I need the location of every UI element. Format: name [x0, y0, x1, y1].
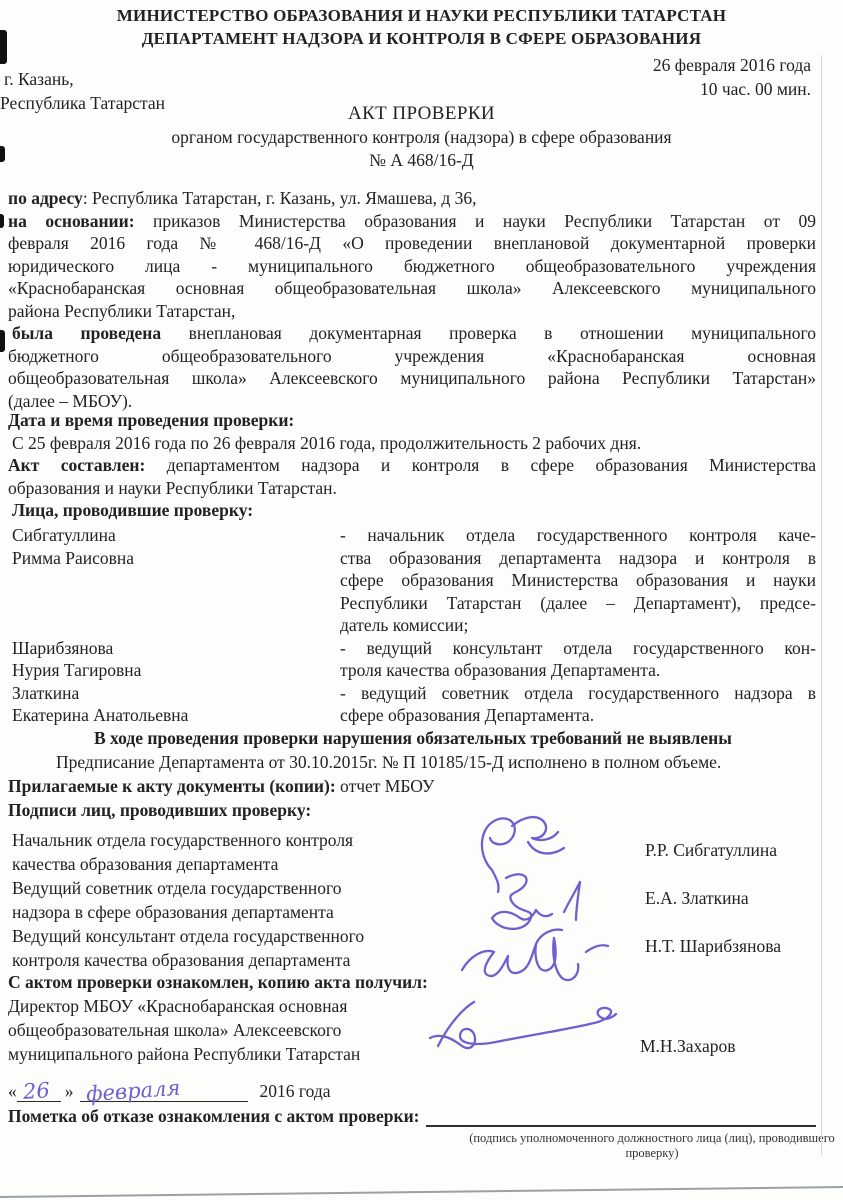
- scan-edge-mark: [0, 330, 5, 352]
- position-line: Ведущий советник отдела государственного: [12, 876, 341, 900]
- basis-line: февраля 2016 года № 468/16-Д «О проведен…: [8, 232, 816, 255]
- inspector-name: Шарибзянова Нурия Тагировна: [8, 637, 340, 682]
- role-line: троля качества образования Департамента.: [340, 659, 816, 682]
- signatures-heading: Подписи лиц, проводивших проверку:: [8, 798, 816, 822]
- scanned-inspection-act-document: МИНИСТЕРСТВО ОБРАЗОВАНИЯ И НАУКИ РЕСПУБЛ…: [0, 0, 843, 1200]
- inspector-role: - начальник отдела государственного конт…: [340, 524, 816, 637]
- conducted-line: была проведена внеплановая документарная…: [8, 322, 816, 345]
- position-label: Начальник отдела государственного контро…: [12, 828, 353, 876]
- address-label: по адресу: [8, 188, 83, 208]
- findings-section: В ходе проведения проверки нарушения обя…: [8, 726, 816, 822]
- attachments-label: Прилагаемые к акту документы (копии):: [8, 776, 336, 796]
- role-line: сфере образования Министерства образован…: [340, 569, 816, 592]
- findings-statement: В ходе проведения проверки нарушения обя…: [8, 726, 816, 750]
- act-time: 10 час. 00 мин.: [700, 79, 811, 100]
- act-drafted-line: Акт составлен: департаментом надзора и к…: [8, 454, 816, 477]
- org-name-line1: МИНИСТЕРСТВО ОБРАЗОВАНИЯ И НАУКИ РЕСПУБЛ…: [0, 6, 843, 26]
- role-line: Республики Татарстан (далее – Департамен…: [340, 592, 816, 615]
- role-line: датель комиссии;: [340, 614, 816, 637]
- conducted-text: внеплановая документарная проверка в отн…: [161, 323, 816, 343]
- basis-line: на основании: приказов Министерства обра…: [8, 210, 816, 233]
- refusal-blank-line: [426, 1107, 816, 1127]
- inspection-dates-heading: Дата и время проведения проверки:: [8, 409, 816, 432]
- attachments-line: Прилагаемые к акту документы (копии): от…: [8, 774, 816, 798]
- role-line: - ведущий советник отдела государственно…: [340, 682, 816, 705]
- signatures-section: Начальник отдела государственного контро…: [8, 828, 816, 972]
- month-blank: февраля: [80, 1078, 248, 1102]
- handwritten-month: февраля: [85, 1076, 181, 1107]
- act-subtitle: органом государственного контроля (надзо…: [0, 127, 843, 148]
- position-line: контроля качества образования департамен…: [12, 948, 364, 972]
- position-line: Начальник отдела государственного контро…: [12, 828, 353, 852]
- org-name-line2: ДЕПАРТАМЕНТ НАДЗОРА И КОНТРОЛЯ В СФЕРЕ О…: [0, 29, 843, 49]
- act-title: АКТ ПРОВЕРКИ: [0, 103, 843, 125]
- act-drafted-line: образования и науки Республики Татарстан…: [8, 477, 816, 500]
- role-line: ства образования департамента надзора и …: [340, 547, 816, 570]
- conducted-line: общеобразовательная школа» Алексеевского…: [8, 367, 816, 390]
- inspector-role: - ведущий консультант отдела государстве…: [340, 637, 816, 682]
- page-bottom-edge: [0, 1180, 843, 1200]
- director-name: М.Н.Захаров: [640, 1034, 736, 1058]
- inspector-given-name: Екатерина Анатольевна: [12, 704, 340, 727]
- city-line1: г. Казань,: [4, 69, 74, 90]
- inspectors-table: Сибгатуллина Римма Раисовна - начальник …: [8, 524, 816, 727]
- refusal-label: Пометка об отказе ознакомления с актом п…: [8, 1106, 420, 1127]
- signer-name: Р.Р. Сибгатуллина: [645, 840, 777, 861]
- signer-name: Е.А. Златкина: [645, 888, 749, 909]
- conducted-label: была проведена: [12, 323, 161, 343]
- inspector-role: - ведущий советник отдела государственно…: [340, 682, 816, 727]
- refusal-line: Пометка об отказе ознакомления с актом п…: [8, 1106, 816, 1127]
- position-label: Ведущий советник отдела государственного…: [12, 876, 341, 924]
- scan-edge-mark: [0, 30, 7, 64]
- inspector-given-name: Нурия Тагировна: [12, 659, 340, 682]
- main-paragraphs: по адресу: Республика Татарстан, г. Каза…: [8, 187, 816, 412]
- act-drafted-label: Акт составлен:: [8, 455, 145, 475]
- act-date: 26 февраля 2016 года: [653, 55, 811, 76]
- address-line: по адресу: Республика Татарстан, г. Каза…: [8, 187, 816, 210]
- attachments-text: отчет МБОУ: [336, 776, 435, 796]
- signature-row: Ведущий советник отдела государственного…: [8, 876, 816, 924]
- signature-caption: (подпись уполномоченного должностного ли…: [466, 1131, 838, 1161]
- dates-section: Дата и время проведения проверки: С 25 ф…: [8, 409, 816, 499]
- act-number: № А 468/16-Д: [0, 150, 843, 171]
- act-drafted-text: департаментом надзора и контроля в сфере…: [145, 455, 816, 475]
- close-quote: »: [65, 1081, 74, 1102]
- role-line: - начальник отдела государственного конт…: [340, 524, 816, 547]
- inspector-name: Златкина Екатерина Анатольевна: [8, 682, 340, 727]
- day-blank: 26: [17, 1078, 61, 1102]
- signature-row: Ведущий консультант отдела государственн…: [8, 924, 816, 972]
- inspector-name: Сибгатуллина Римма Раисовна: [8, 524, 340, 637]
- conducted-line: бюджетного общеобразовательного учрежден…: [8, 345, 816, 368]
- scan-edge-mark: [0, 146, 5, 162]
- inspectors-signatures-ink: [440, 812, 640, 987]
- address-text: : Республика Татарстан, г. Казань, ул. Я…: [83, 188, 477, 208]
- inspector-surname: Сибгатуллина: [12, 524, 340, 547]
- director-title-line: Директор МБОУ «Краснобаранская основная: [8, 994, 816, 1018]
- position-line: надзора в сфере образования департамента: [12, 900, 341, 924]
- role-line: сфере образования Департамента.: [340, 704, 816, 727]
- inspector-surname: Шарибзянова: [12, 637, 340, 660]
- prescription-statement: Предписание Департамента от 30.10.2015г.…: [8, 750, 816, 774]
- scan-right-edge-line: [821, 55, 822, 1155]
- position-line: Ведущий консультант отдела государственн…: [12, 924, 364, 948]
- signer-name: Н.Т. Шарибзянова: [645, 936, 781, 957]
- acknowledgement-section: С актом проверки ознакомлен, копию акта …: [8, 970, 816, 1066]
- zakharov-signature: [420, 988, 635, 1060]
- year-label: 2016 года: [260, 1081, 331, 1102]
- zlatkina-signature: [492, 874, 580, 929]
- inspection-dates-text: С 25 февраля 2016 года по 26 февраля 201…: [8, 432, 816, 455]
- basis-line: «Краснобаранская основная общеобразовате…: [8, 277, 816, 300]
- sibgatullina-signature: [482, 817, 564, 892]
- signature-row: Начальник отдела государственного контро…: [8, 828, 816, 876]
- position-line: качества образования департамента: [12, 852, 353, 876]
- basis-text: приказов Министерства образования и наук…: [135, 211, 816, 231]
- role-line: - ведущий консультант отдела государстве…: [340, 637, 816, 660]
- open-quote: «: [8, 1081, 17, 1102]
- basis-line: юридического лица - муниципального бюдже…: [8, 255, 816, 278]
- handwritten-day: 26: [22, 1078, 50, 1104]
- inspector-surname: Златкина: [12, 682, 340, 705]
- position-label: Ведущий консультант отдела государственн…: [12, 924, 364, 972]
- inspector-given-name: Римма Раисовна: [12, 547, 340, 570]
- inspectors-heading: Лица, проводившие проверку:: [12, 500, 253, 521]
- acknowledgement-heading: С актом проверки ознакомлен, копию акта …: [8, 970, 816, 994]
- basis-line: района Республики Татарстан,: [8, 300, 816, 323]
- date-fill-line: « 26 » февраля 2016 года: [8, 1072, 331, 1102]
- scan-edge-mark: [0, 214, 4, 228]
- basis-label: на основании:: [8, 211, 135, 231]
